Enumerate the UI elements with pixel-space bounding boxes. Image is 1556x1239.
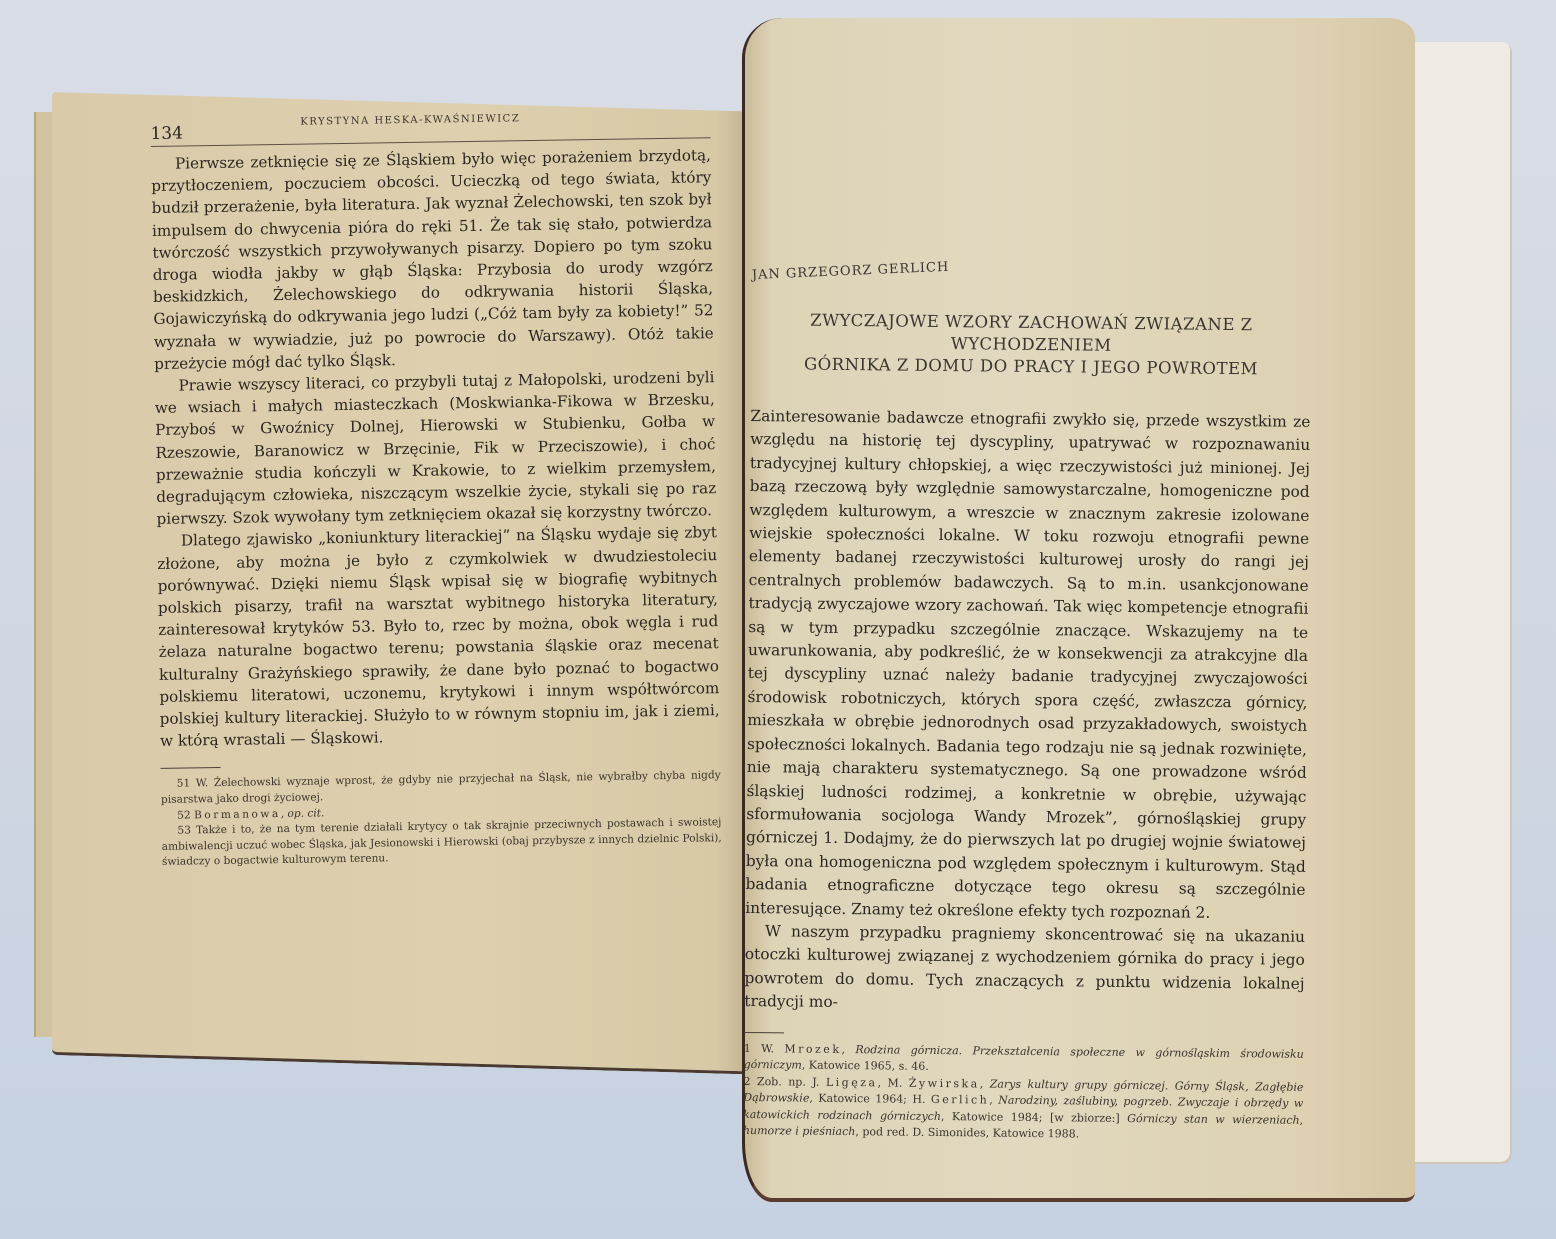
footnote-divider bbox=[161, 767, 221, 769]
footnote-2: 2 Zob. np. J. Ligęza, M. Żywirska, Zarys… bbox=[743, 1074, 1304, 1146]
title-line: ZWYCZAJOWE WZORY ZACHOWAŃ ZWIĄZANE Z WYC… bbox=[751, 309, 1311, 359]
article-title: ZWYCZAJOWE WZORY ZACHOWAŃ ZWIĄZANE Z WYC… bbox=[751, 309, 1312, 381]
paragraph: W naszym przypadku pragniemy skoncentrow… bbox=[744, 920, 1305, 1019]
left-page-content: 134 KRYSTYNA HESKA-KWAŚNIEWICZ Pierwsze … bbox=[150, 91, 722, 871]
page-number: 134 bbox=[150, 122, 300, 144]
footnote-number: 52 bbox=[177, 809, 194, 821]
running-title: KRYSTYNA HESKA-KWAŚNIEWICZ bbox=[300, 113, 520, 127]
footnote-divider bbox=[744, 1032, 784, 1033]
paragraph: Prawie wszyscy literaci, co przybyli tut… bbox=[154, 366, 716, 530]
cited-author: Bormanowa bbox=[194, 808, 281, 821]
cited-author: Żywirska bbox=[909, 1076, 980, 1090]
paragraph: Pierwsze zetknięcie się ze Śląskiem było… bbox=[151, 144, 714, 375]
footnote-number: 2 Zob. np. J. bbox=[743, 1075, 826, 1089]
cited-author: Gerlich bbox=[931, 1093, 989, 1107]
footnote-53: 53 Także i to, że na tym terenie działal… bbox=[161, 815, 722, 871]
citation-details: , pod red. D. Simonides, Katowice 1988. bbox=[855, 1125, 1079, 1140]
cited-author: Mrozek bbox=[784, 1042, 841, 1056]
running-head: 134 KRYSTYNA HESKA-KWAŚNIEWICZ bbox=[150, 91, 711, 147]
cited-author: Ligęza bbox=[826, 1075, 878, 1089]
citation-details: , Katowice 1965, s. 46. bbox=[802, 1059, 929, 1073]
separator: , M. bbox=[878, 1076, 909, 1089]
paragraph: Dlatego zjawisko „koniunktury literackie… bbox=[157, 522, 720, 753]
title-line: GÓRNIKA Z DOMU DO PRACY I JEGO POWROTEM bbox=[751, 353, 1311, 381]
citation-details: , Katowice 1964; H. bbox=[809, 1092, 931, 1106]
footnote-number: 1 W. bbox=[744, 1042, 785, 1055]
right-page-content: JAN GRZEGORZ GERLICH ZWYCZAJOWE WZORY ZA… bbox=[743, 268, 1312, 1145]
footnote-1: 1 W. Mrozek, Rodzina górnicza. Przekszta… bbox=[744, 1041, 1304, 1080]
paragraph: Zainteresowanie badawcze etnografii zwyk… bbox=[745, 405, 1310, 926]
citation-abbrev: , op. cit. bbox=[281, 807, 325, 820]
citation-details: , Katowice 1984; [w zbiorze:] bbox=[941, 1110, 1127, 1125]
